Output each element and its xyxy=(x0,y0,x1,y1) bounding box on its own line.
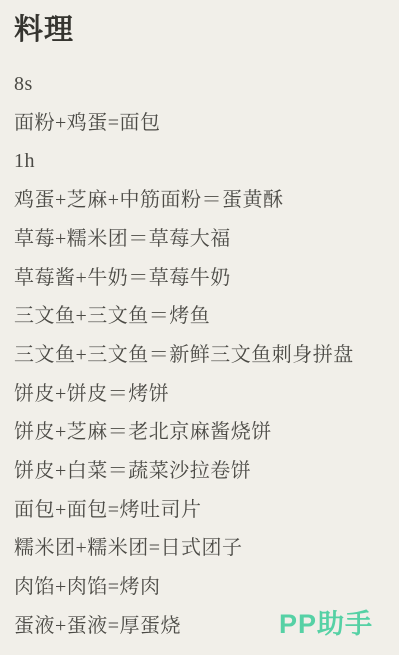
pp-assistant-watermark: PP助手 xyxy=(279,602,373,641)
recipe-line: 草莓+糯米团＝草莓大福 xyxy=(14,220,385,259)
recipe-line: 面粉+鸡蛋=面包 xyxy=(14,104,385,143)
recipe-line: 鸡蛋+芝麻+中筋面粉＝蛋黄酥 xyxy=(14,181,385,220)
recipe-line: 草莓酱+牛奶＝草莓牛奶 xyxy=(14,259,385,298)
recipe-line: 饼皮+饼皮＝烤饼 xyxy=(14,375,385,414)
time-heading: 8s xyxy=(14,65,385,104)
recipe-line: 面包+面包=烤吐司片 xyxy=(14,491,385,530)
recipe-line: 饼皮+白菜＝蔬菜沙拉卷饼 xyxy=(14,452,385,491)
recipe-sections: 8s面粉+鸡蛋=面包1h鸡蛋+芝麻+中筋面粉＝蛋黄酥草莓+糯米团＝草莓大福草莓酱… xyxy=(14,65,385,646)
recipe-line: 三文鱼+三文鱼＝烤鱼 xyxy=(14,297,385,336)
page-title: 料理 xyxy=(14,10,385,50)
recipe-line: 糯米团+糯米团=日式团子 xyxy=(14,529,385,568)
recipe-line: 饼皮+芝麻＝老北京麻酱烧饼 xyxy=(14,413,385,452)
recipe-guide-page: 料理 8s面粉+鸡蛋=面包1h鸡蛋+芝麻+中筋面粉＝蛋黄酥草莓+糯米团＝草莓大福… xyxy=(0,0,399,655)
time-heading: 1h xyxy=(14,142,385,181)
recipe-line: 三文鱼+三文鱼＝新鲜三文鱼刺身拼盘 xyxy=(14,336,385,375)
